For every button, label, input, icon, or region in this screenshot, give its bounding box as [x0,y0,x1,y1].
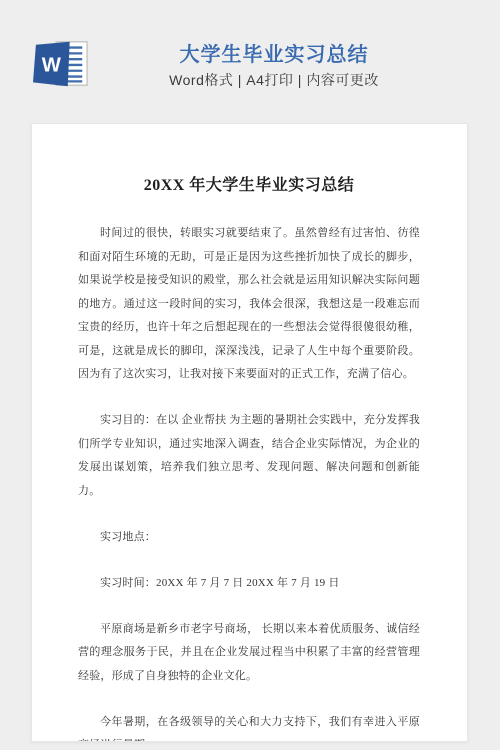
document-paragraph: 实习地点： [78,526,420,550]
document-paragraph: 实习时间：20XX 年 7 月 7 日 20XX 年 7 月 19 日 [78,572,420,596]
document-paragraph: 今年暑期，在各级领导的关心和大力支持下，我们有幸进入平原商场进行暑期 [78,711,420,743]
document-page: 20XX 年大学生毕业实习总结 时间过的很快，转眼实习就要结束了。虽然曾经有过害… [31,123,468,742]
document-title: 20XX 年大学生毕业实习总结 [78,174,420,198]
template-header: W 大学生毕业实习总结 Word格式 | A4打印 | 内容可更改 [0,0,500,123]
word-icon: W [33,39,89,89]
document-paragraph: 时间过的很快，转眼实习就要结束了。虽然曾经有过害怕、彷徨和面对陌生环境的无助，可… [78,222,420,387]
document-paragraph: 平原商场是新乡市老字号商场， 长期以来本着优质服务、诚信经营的理念服务于民，并且… [78,618,420,689]
template-title: 大学生毕业实习总结 [48,0,500,68]
document-body: 时间过的很快，转眼实习就要结束了。虽然曾经有过害怕、彷徨和面对陌生环境的无助，可… [78,222,420,742]
document-paragraph: 实习目的：在以 企业帮扶 为主题的暑期社会实践中，充分发挥我们所学专业知识，通过… [78,409,420,503]
template-subtitle: Word格式 | A4打印 | 内容可更改 [48,70,500,90]
svg-text:W: W [42,55,62,77]
